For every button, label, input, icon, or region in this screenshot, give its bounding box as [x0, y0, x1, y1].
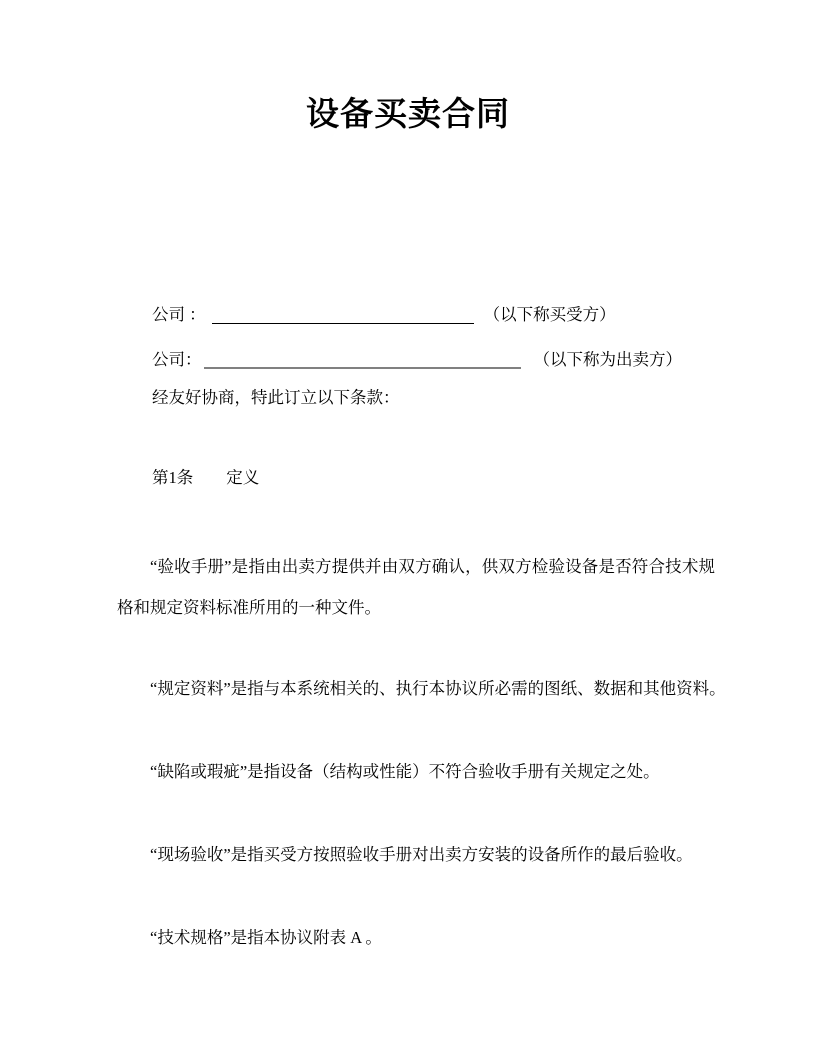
party-note-seller: （以下称为出卖方）: [534, 350, 683, 369]
seller-name-blank[interactable]: [204, 351, 521, 369]
party-label-buyer: 公司 ：: [152, 305, 206, 324]
definition-paragraph-specified-data: “规定资料”是指与本系统相关的、执行本协议所必需的图纸、数据和其他资料。: [117, 668, 777, 709]
document-title: 设备买卖合同: [0, 93, 816, 136]
definition-paragraph-site-acceptance: “现场验收”是指买受方按照验收手册对出卖方安装的设备所作的最后验收。: [117, 834, 777, 875]
definition-paragraph-acceptance-manual: “验收手册”是指由出卖方提供并由双方确认，供双方检验设备是否符合技术规格和规定资…: [117, 546, 715, 628]
party-note-buyer: （以下称买受方）: [484, 305, 616, 324]
section-title: 定义: [226, 468, 259, 487]
definition-paragraph-defect: “缺陷或瑕疵”是指设备（结构或性能）不符合验收手册有关规定之处。: [117, 751, 777, 792]
buyer-name-blank[interactable]: [212, 307, 474, 324]
intro-line: 经友好协商，特此订立以下条款：: [152, 377, 400, 418]
party-row-seller: 公司：（以下称为出卖方）: [152, 339, 682, 380]
definition-paragraph-technical-spec: “技术规格”是指本协议附表 A 。: [117, 917, 777, 958]
section-number: 第1条: [152, 468, 193, 487]
section-heading: 第1条定义: [152, 457, 259, 498]
party-label-seller: 公司：: [152, 350, 202, 369]
contract-document-page: 设备买卖合同 公司 ：（以下称买受方） 公司：（以下称为出卖方） 经友好协商，特…: [0, 0, 816, 1056]
party-row-buyer: 公司 ：（以下称买受方）: [152, 294, 616, 335]
